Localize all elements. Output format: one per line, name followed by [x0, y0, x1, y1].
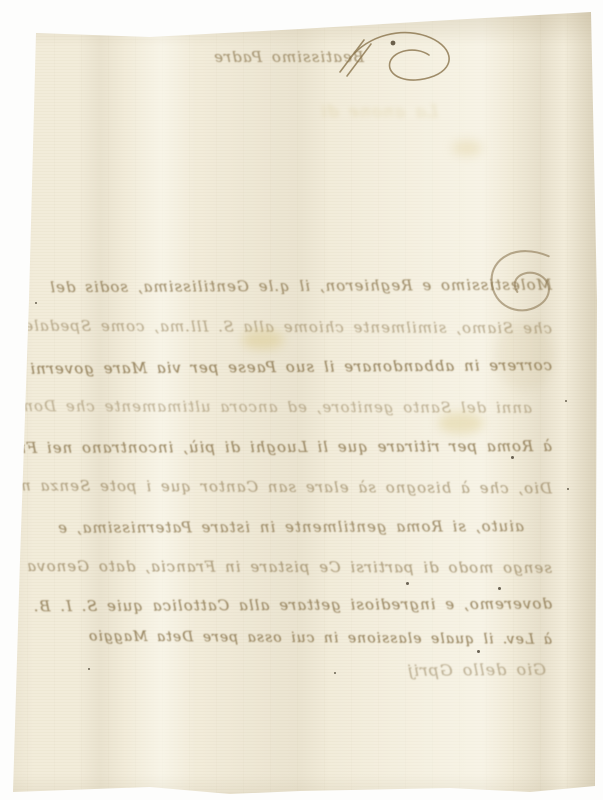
salutation-line: Beatissimo Padre	[168, 48, 364, 66]
ghost-text-line: Molestissimo e Reghieron, il q.le Gentil…	[28, 275, 552, 298]
ink-speck	[88, 668, 90, 670]
ink-speck	[477, 650, 480, 653]
ghost-text-line: che Siamo, similmente chiome alla S. Ill…	[28, 316, 552, 339]
ink-speck	[406, 582, 409, 585]
ghost-text-line: à Lev. il quale elassione in cui ossa pe…	[28, 626, 552, 650]
ghost-text-line: doveremo, e ingrediosi gettare alla Catt…	[28, 594, 552, 617]
ghost-text-line: Dio, che à bisogno sà elare san Cantor q…	[28, 476, 552, 499]
ghost-text-line: aiuto, si Roma gentilmente in istare Pat…	[28, 516, 552, 538]
paper-stain	[495, 320, 555, 390]
ink-speck	[334, 672, 336, 674]
faint-ink-mark-text: La anone di	[320, 102, 438, 122]
ink-speck	[567, 488, 569, 490]
ink-speck	[511, 456, 514, 459]
scanner-background: Beatissimo Padre La anone di Molestissim…	[0, 0, 603, 800]
salutation-flourish-icon	[336, 24, 464, 84]
ghost-text-line: à Roma per ritirare que li Luoghi di più…	[28, 436, 552, 458]
paper-stain	[438, 412, 484, 434]
ink-speck	[565, 400, 567, 402]
ghost-text-line: correre in abbandonare il suo Paese per …	[28, 355, 552, 379]
ink-speck	[35, 302, 37, 304]
ghost-text-line: sengo modo di partirsi Ce pistare in Fra…	[28, 556, 552, 578]
signature-line: Gio dello Gprij	[28, 660, 552, 685]
letter-paper: Beatissimo Padre La anone di Molestissim…	[0, 0, 603, 800]
paper-stain	[452, 140, 482, 156]
ink-speck	[498, 587, 501, 590]
faint-ink-mark: La anone di	[292, 102, 438, 122]
paper-stain	[242, 330, 284, 350]
